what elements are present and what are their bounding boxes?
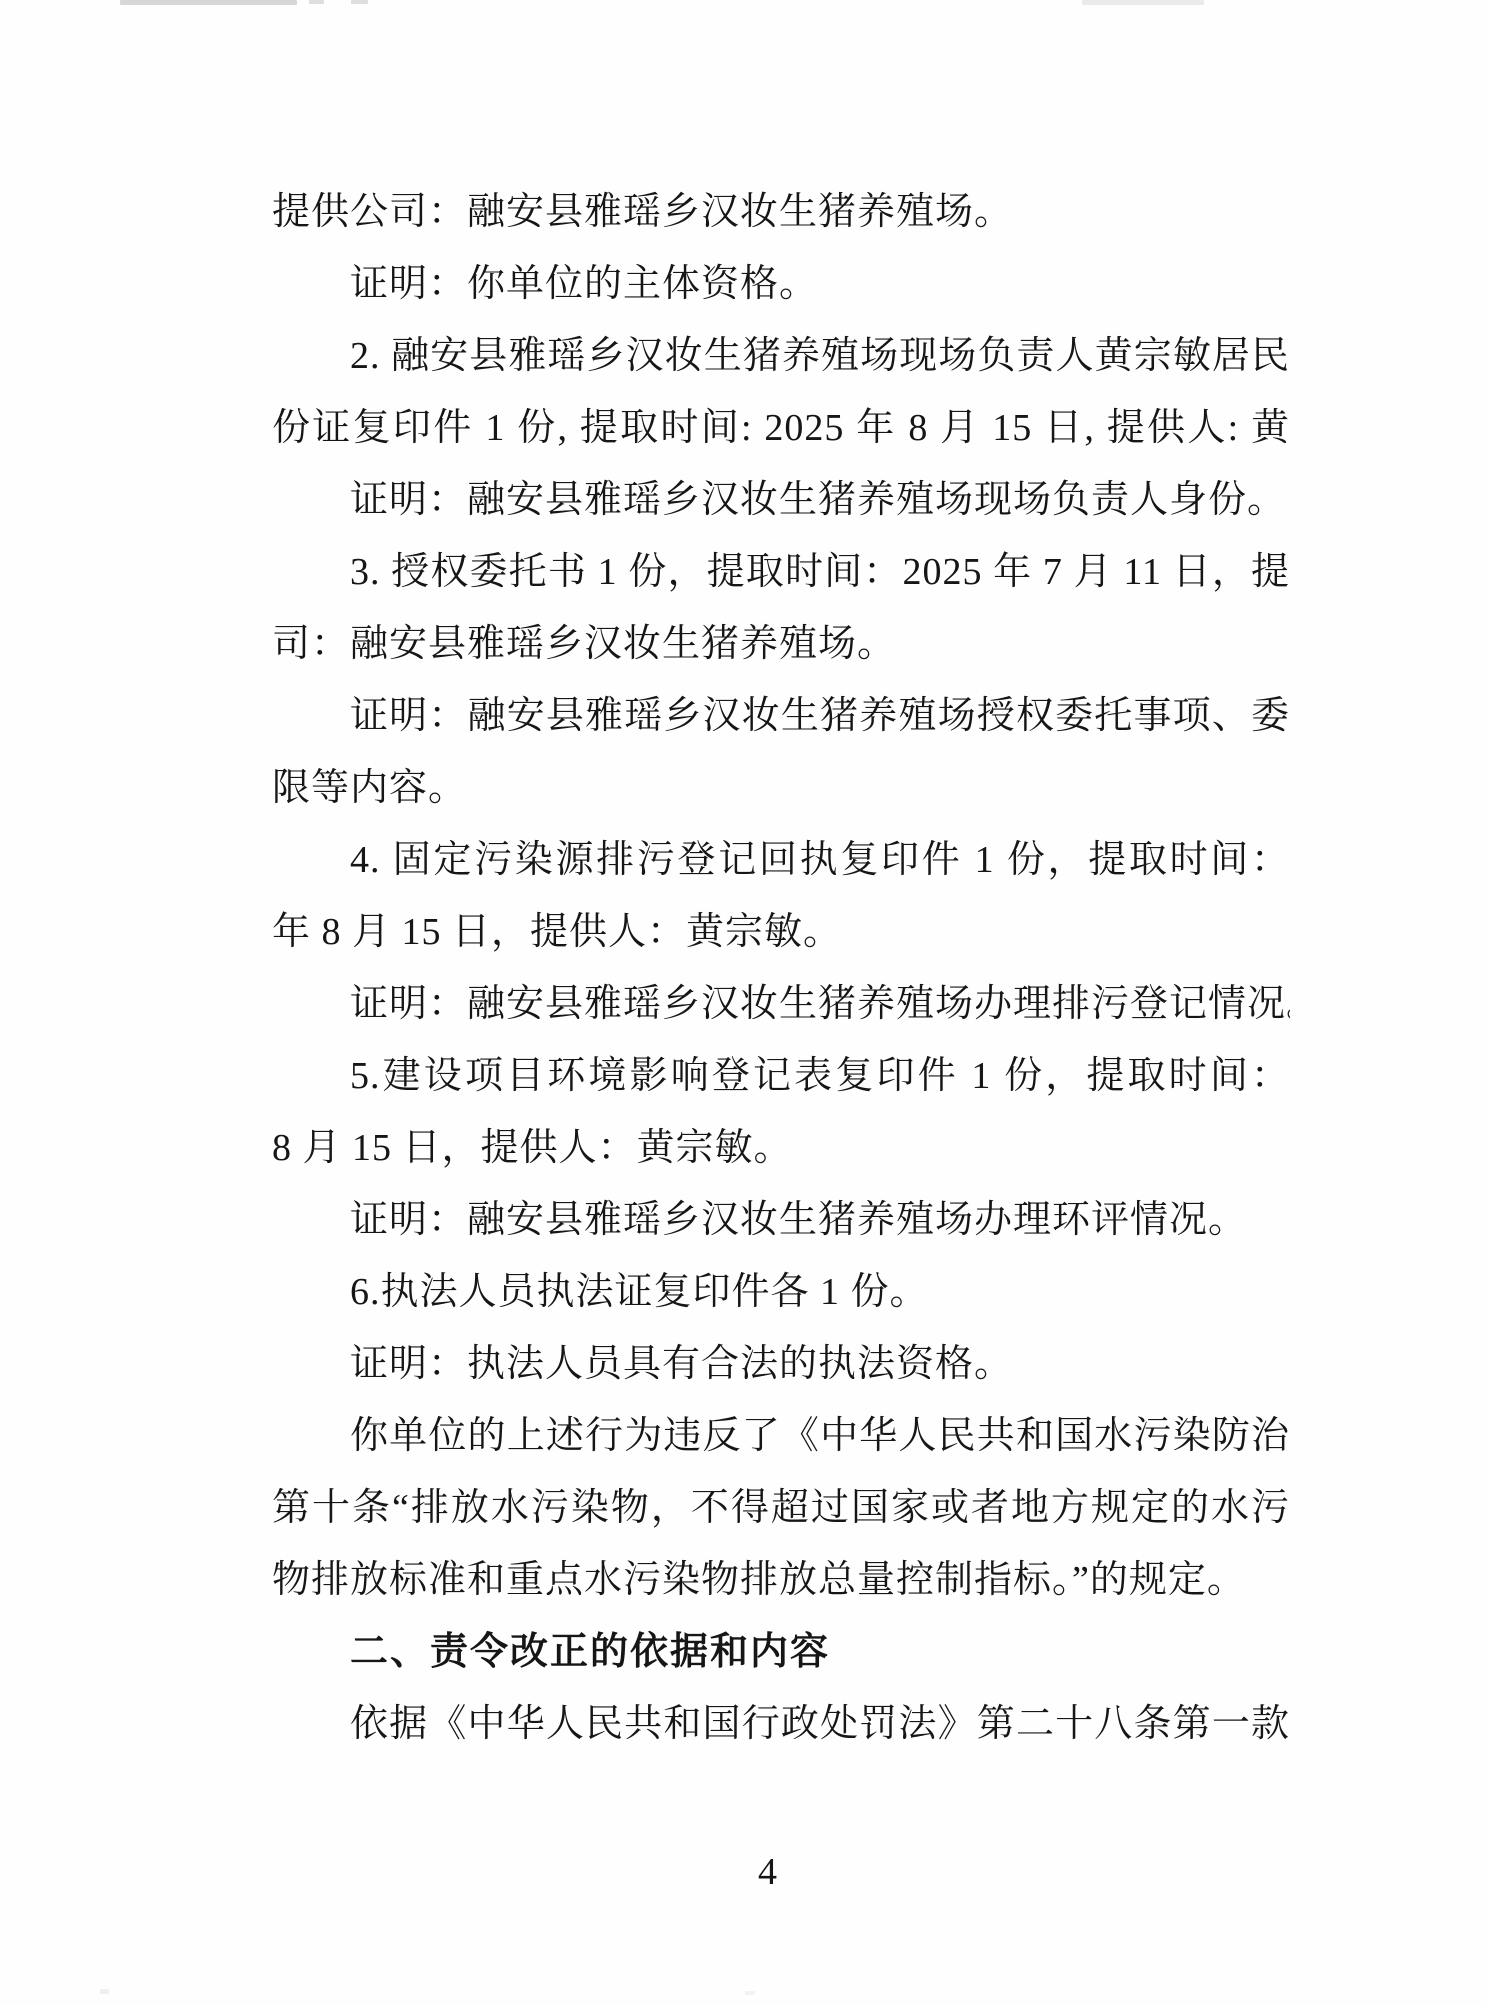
- text-line: 6.执法人员执法证复印件各 1 份。: [272, 1256, 1290, 1328]
- text-line: 第十条“排放水污染物，不得超过国家或者地方规定的水污染: [272, 1472, 1290, 1544]
- scan-artifact: [309, 0, 324, 4]
- text-line: 司：融安县雅瑶乡汉妆生猪养殖场。: [272, 608, 1290, 680]
- text-line: 证明：融安县雅瑶乡汉妆生猪养殖场办理环评情况。: [272, 1184, 1290, 1256]
- scan-artifact: [745, 1991, 755, 1995]
- text-line: 份证复印件 1 份, 提取时间: 2025 年 8 月 15 日, 提供人: 黄…: [272, 392, 1290, 464]
- text-line: 证明：融安县雅瑶乡汉妆生猪养殖场办理排污登记情况。: [272, 968, 1290, 1040]
- text-line: 你单位的上述行为违反了《中华人民共和国水污染防治法》: [272, 1400, 1290, 1472]
- text-line: 证明：融安县雅瑶乡汉妆生猪养殖场授权委托事项、委托期: [272, 680, 1290, 752]
- document-body: 提供公司：融安县雅瑶乡汉妆生猪养殖场。证明：你单位的主体资格。2. 融安县雅瑶乡…: [272, 176, 1290, 1760]
- text-line: 限等内容。: [272, 752, 1290, 824]
- text-line: 物排放标准和重点水污染物排放总量控制指标。”的规定。: [272, 1544, 1290, 1616]
- text-line: 年 8 月 15 日，提供人：黄宗敏。: [272, 896, 1290, 968]
- document-page: 提供公司：融安县雅瑶乡汉妆生猪养殖场。证明：你单位的主体资格。2. 融安县雅瑶乡…: [0, 0, 1487, 2005]
- text-line: 提供公司：融安县雅瑶乡汉妆生猪养殖场。: [272, 176, 1290, 248]
- text-line: 依据《中华人民共和国行政处罚法》第二十八条第一款和: [272, 1688, 1290, 1760]
- text-line: 证明：融安县雅瑶乡汉妆生猪养殖场现场负责人身份。: [272, 464, 1290, 536]
- text-line: 5.建设项目环境影响登记表复印件 1 份，提取时间：2025 年: [272, 1040, 1290, 1112]
- page-number: 4: [758, 1850, 777, 1894]
- scan-artifact: [100, 1989, 109, 1994]
- section-heading: 二、责令改正的依据和内容: [272, 1616, 1290, 1688]
- text-line: 4. 固定污染源排污登记回执复印件 1 份，提取时间：2025: [272, 824, 1290, 896]
- text-line: 证明：你单位的主体资格。: [272, 248, 1290, 320]
- text-line: 证明：执法人员具有合法的执法资格。: [272, 1328, 1290, 1400]
- scan-artifact: [120, 0, 297, 5]
- text-line: 8 月 15 日，提供人：黄宗敏。: [272, 1112, 1290, 1184]
- scan-artifact: [351, 0, 368, 4]
- text-line: 3. 授权委托书 1 份，提取时间：2025 年 7 月 11 日，提供公: [272, 536, 1290, 608]
- scan-artifact: [1082, 0, 1204, 5]
- text-line: 2. 融安县雅瑶乡汉妆生猪养殖场现场负责人黄宗敏居民身: [272, 320, 1290, 392]
